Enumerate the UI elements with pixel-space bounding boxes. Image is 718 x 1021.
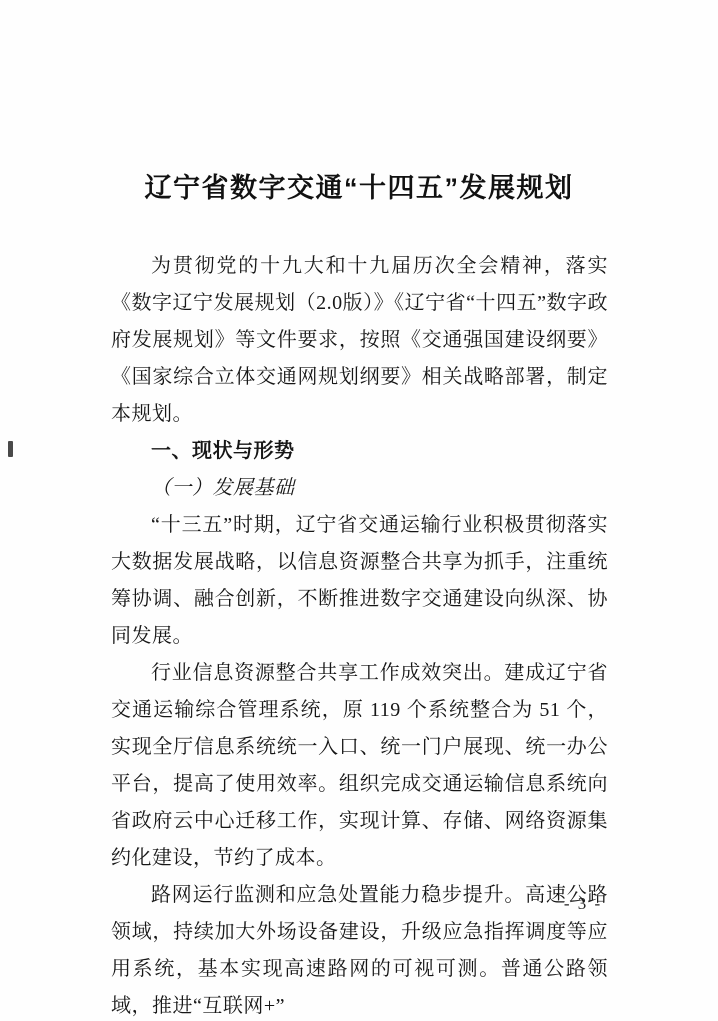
document-body: 为贯彻党的十九大和十九届历次全会精神，落实《数字辽宁发展规划（2.0版）》《辽宁…	[111, 248, 608, 1021]
page-number: - 3 -	[548, 894, 618, 914]
paragraph-road-network-monitoring: 路网运行监测和应急处置能力稳步提升。高速公路领域，持续加大外场设备建设，升级应急…	[111, 877, 608, 1021]
paragraph-information-resource-integration: 行业信息资源整合共享工作成效突出。建成辽宁省交通运输综合管理系统，原 119 个…	[111, 655, 608, 877]
scan-artifact	[8, 441, 13, 457]
subsection-heading-development-foundation: （一）发展基础	[111, 470, 608, 507]
document-title: 辽宁省数字交通“十四五”发展规划	[0, 166, 718, 205]
document-page: 辽宁省数字交通“十四五”发展规划 为贯彻党的十九大和十九届历次全会精神，落实《数…	[0, 0, 718, 1021]
section-heading-status-and-situation: 一、现状与形势	[111, 433, 608, 470]
paragraph-intro: 为贯彻党的十九大和十九届历次全会精神，落实《数字辽宁发展规划（2.0版）》《辽宁…	[111, 248, 608, 433]
paragraph-13th-five-year-period: “十三五”时期，辽宁省交通运输行业积极贯彻落实大数据发展战略，以信息资源整合共享…	[111, 507, 608, 655]
